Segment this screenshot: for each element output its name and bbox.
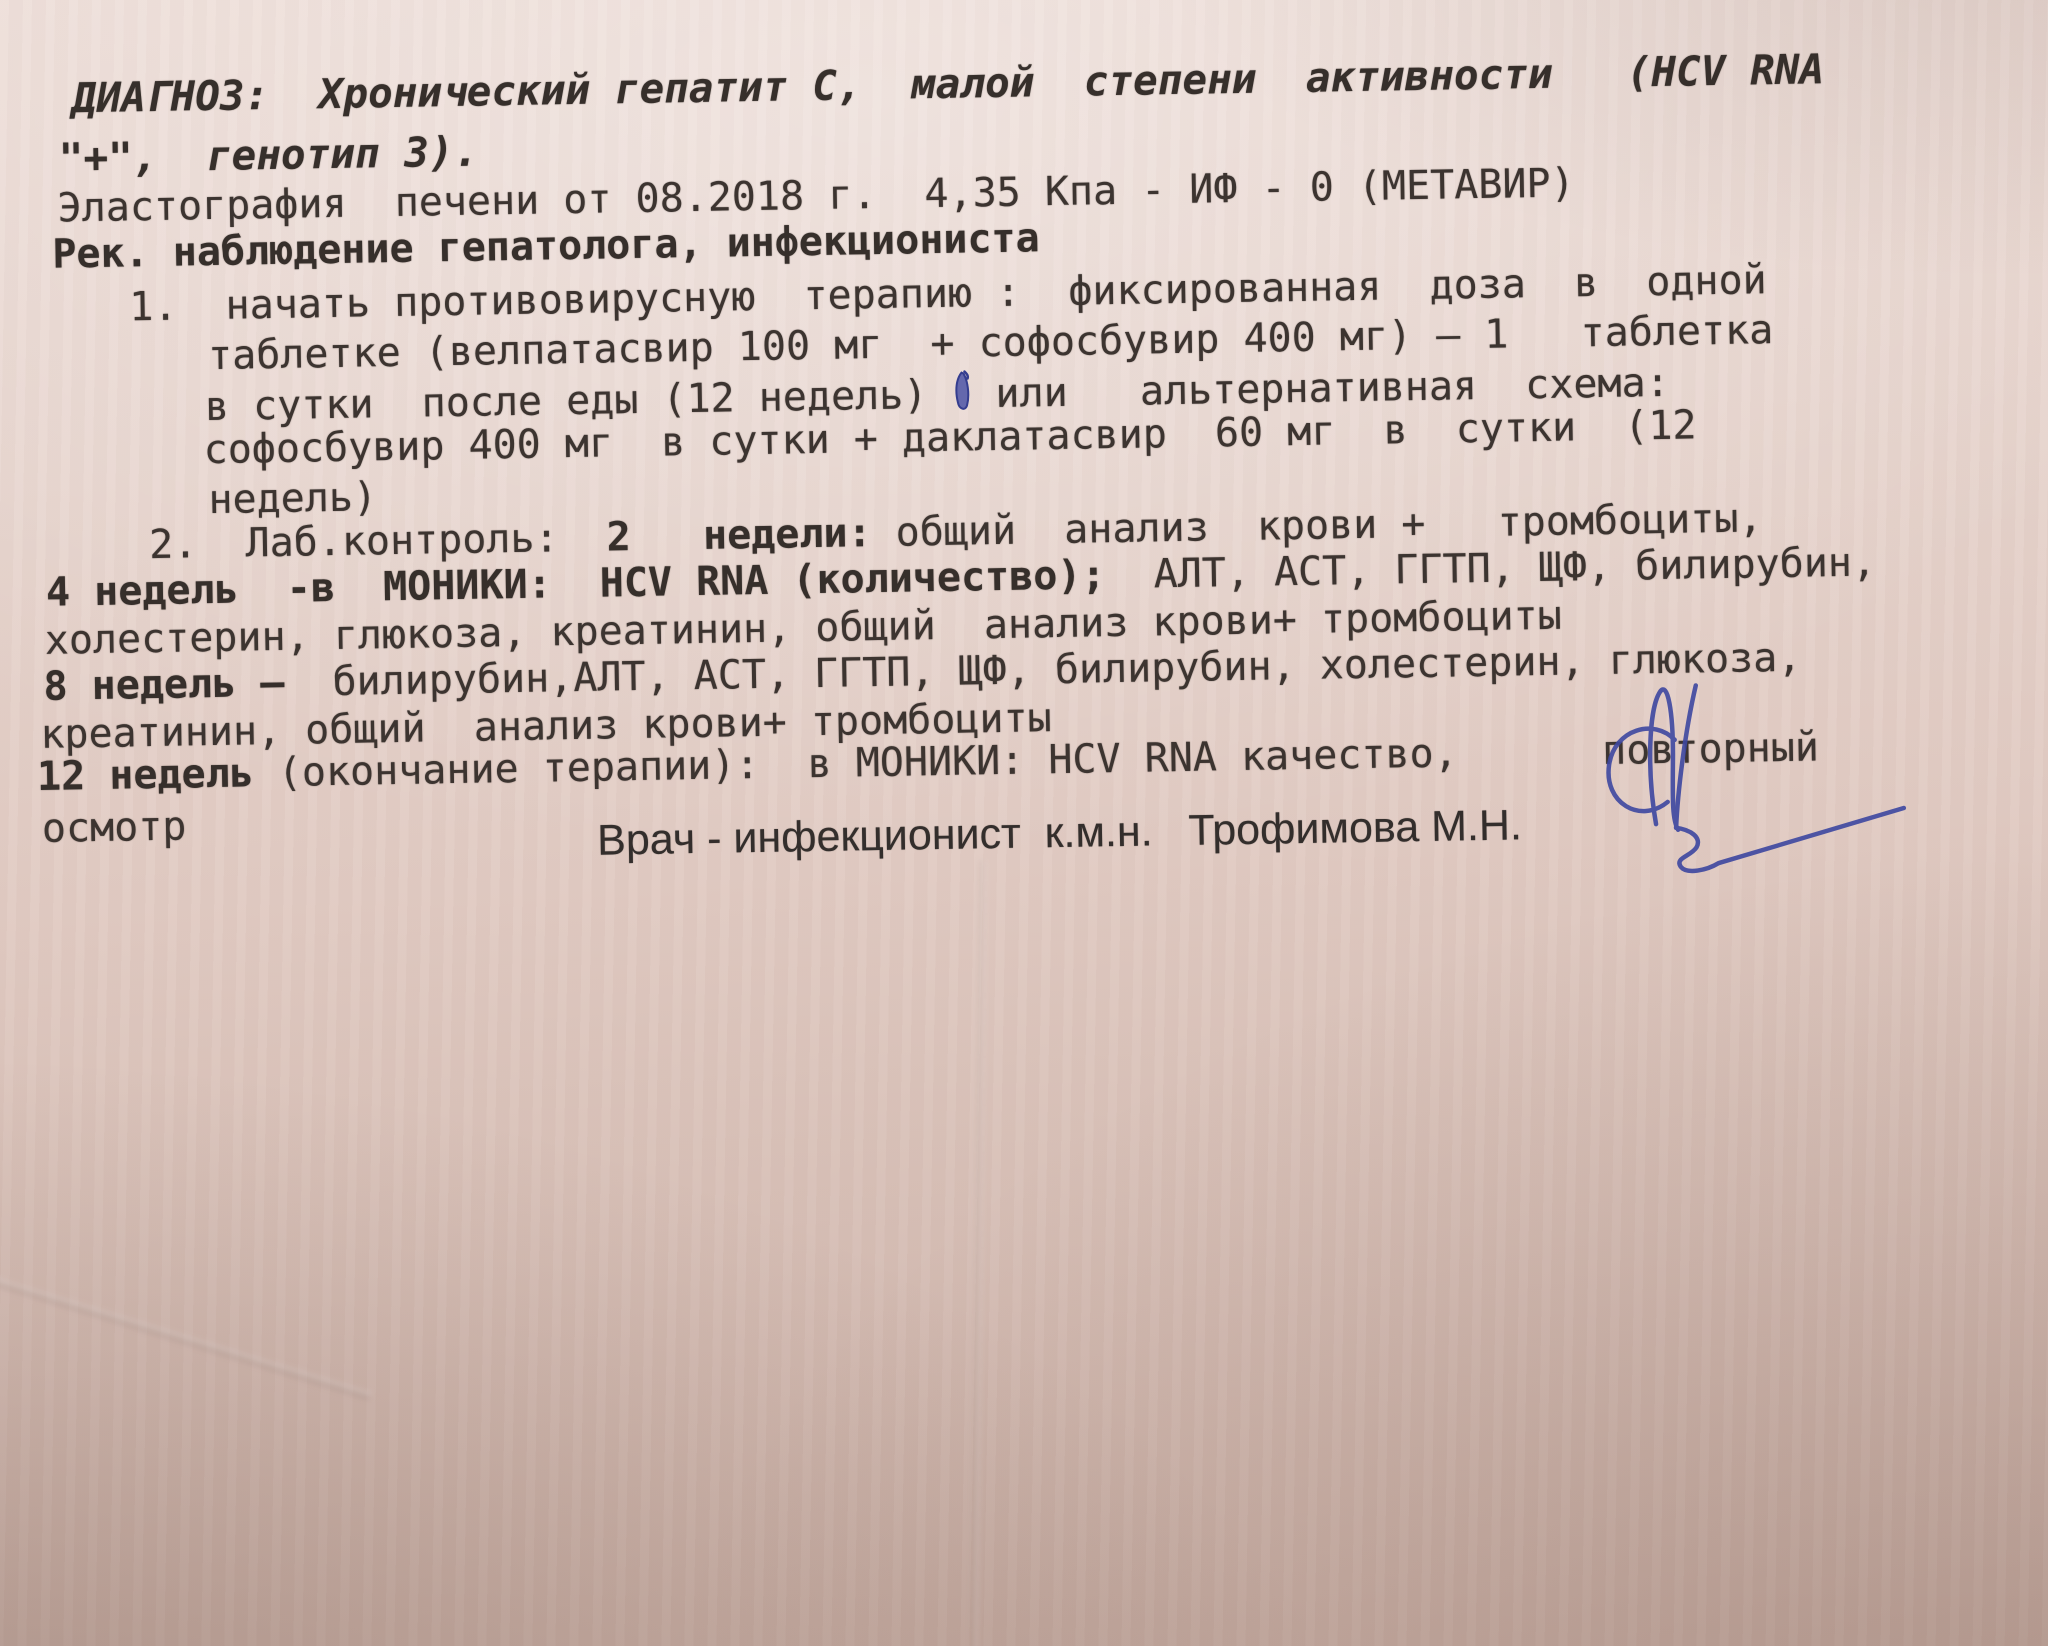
diagnosis-line-2: "+", генотип 3).: [58, 132, 478, 180]
therapy-item1-line5: недель): [208, 477, 377, 520]
diagnosis-line-1: ДИАГНОЗ: Хронический гепатит С, малой ст…: [71, 49, 1824, 119]
lab-control-week12-line2: осмотр: [42, 807, 187, 849]
lab-control-label: 2. Лаб.контроль:: [149, 514, 607, 568]
document-photo: ДИАГНОЗ: Хронический гепатит С, малой ст…: [0, 0, 2048, 1646]
week8-label: 8 недель —: [43, 660, 285, 710]
lab-control-week2: 2 недели:: [606, 510, 872, 560]
medical-report: ДИАГНОЗ: Хронический гепатит С, малой ст…: [0, 0, 2048, 1646]
week12-label: 12 недель: [37, 750, 254, 800]
ink-mark-icon: [951, 369, 972, 415]
signature-ink: [1565, 657, 1949, 903]
doctor-signature-line: Врач - инфекционист к.м.н. Трофимова М.Н…: [597, 804, 1522, 862]
